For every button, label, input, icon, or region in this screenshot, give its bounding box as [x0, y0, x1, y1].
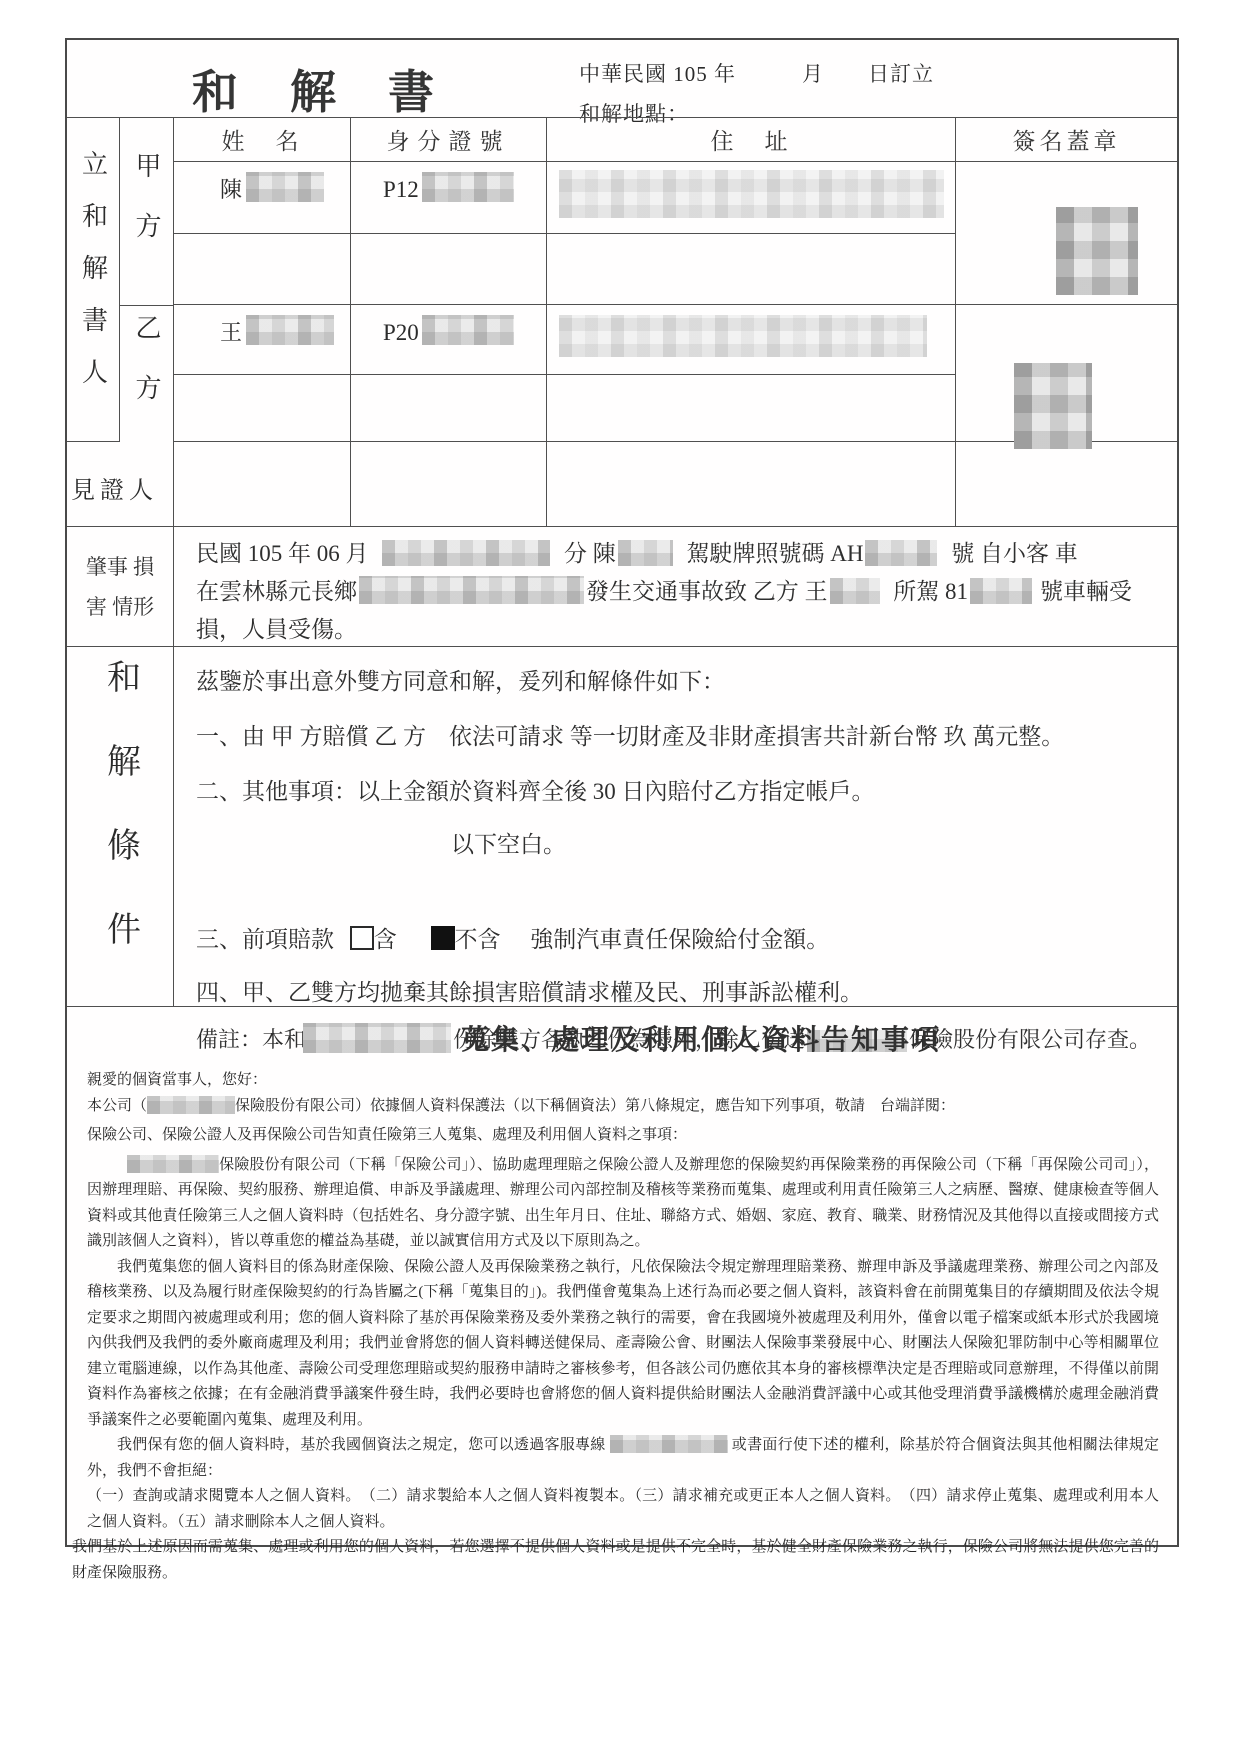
notice-paragraph-3: 我們保有您的個人資料時，基於我國個資法之規定，您可以透過客服專線或書面行使下述的…	[87, 1433, 1159, 1484]
col-header-id: 身分證號	[351, 117, 547, 162]
include-checkbox-unchecked	[350, 926, 374, 950]
party-a-address2-cell	[547, 234, 956, 305]
exclude-label: 不含	[455, 927, 501, 952]
party-a-label: 甲方	[128, 152, 165, 272]
clause3-tail: 強制汽車責任保險給付金額。	[530, 927, 829, 952]
accident-text: 號車輛受	[1040, 579, 1132, 604]
notice-intro: 本公司（保險股份有限公司）依據個人資料保護法（以下稱個資法）第八條規定，應告知下…	[87, 1094, 1159, 1120]
notice-body: 親愛的個資當事人，您好： 本公司（保險股份有限公司）依據個人資料保護法（以下稱個…	[87, 1068, 1159, 1586]
party-a-seal-redaction	[1056, 207, 1138, 295]
party-b-name-redaction	[246, 315, 334, 345]
condition-clause-1: 一、由 甲 方賠償 乙 方 依法可請求 等一切財產及非財產損害共計新台幣 玖 萬…	[196, 718, 1177, 751]
accident-text: 所駕 81	[893, 579, 968, 604]
accident-driver-redaction	[618, 540, 673, 566]
accident-section-label-cell: 肇事 損 害 情形	[67, 527, 174, 647]
parties-left-label: 立和解書人	[75, 150, 112, 410]
party-b-id2-cell	[351, 375, 547, 442]
notice-title-text: 蒐集、處理及利用個人資料告知事項	[461, 1025, 941, 1056]
scanned-settlement-document: 和解書 中華民國 105 年 月 日訂立 和解地點： 立和解書人 甲方 乙方 姓…	[0, 0, 1240, 1754]
accident-text: 民國 105 年 06 月	[196, 541, 369, 566]
party-a-name-cell: 陳	[174, 162, 351, 234]
party-b-address-cell	[547, 305, 956, 375]
party-b-name: 王	[220, 320, 242, 345]
col-header-address: 住 址	[547, 117, 956, 162]
conditions-section-label-cell: 和解條件	[67, 647, 174, 1007]
notice-company-redaction	[147, 1096, 235, 1114]
notice-intro-text: 本公司（	[87, 1098, 147, 1114]
notice-title: 蒐集、處理及利用個人資料告知事項	[67, 1018, 1177, 1058]
blank-below-note: 以下空白。	[451, 826, 1177, 859]
party-b-label: 乙方	[128, 314, 165, 434]
witness-label: 見證人	[71, 470, 173, 505]
accident-text: 分 陳	[564, 541, 616, 566]
condition-clause-4: 四、甲、乙雙方均拋棄其餘損害賠償請求權及民、刑事訴訟權利。	[196, 974, 1177, 1007]
party-a-id2-cell	[351, 234, 547, 305]
accident-text: 在雲林縣元長鄉	[196, 579, 357, 604]
party-b-address2-cell	[547, 375, 956, 442]
accident-description: 民國 105 年 06 月 分 陳 駕駛牌照號碼 AH 號 自小客 車 在雲林縣…	[174, 527, 1177, 647]
conditions-intro: 茲鑒於事出意外雙方同意和解，爰列和解條件如下：	[196, 663, 1177, 696]
document-title: 和解書	[192, 56, 486, 122]
party-a-address-redaction	[559, 170, 944, 218]
notice-paragraph-2: 我們蒐集您的個人資料目的係為財產保險、保險公證人及再保險業務之執行，凡依保險法令…	[87, 1255, 1159, 1434]
accident-plate2-redaction	[970, 578, 1032, 604]
include-label: 含	[374, 927, 397, 952]
condition-clause-3: 三、前項賠款 含 不含 強制汽車責任保險給付金額。	[196, 921, 1177, 954]
notice-paragraph-1: 保險股份有限公司（下稱「保險公司」）、協助處理理賠之保險公證人及辦理您的保險契約…	[87, 1153, 1159, 1255]
accident-victim-redaction	[830, 578, 880, 604]
witness-label-cell: 見證人	[67, 442, 174, 527]
party-a-name-redaction	[246, 172, 324, 202]
notice-rights: （一）查詢或請求閱覽本人之個人資料。 （二）請求製給本人之個人資料複製本。（三）…	[87, 1484, 1159, 1535]
party-b-address-redaction	[559, 315, 927, 357]
accident-text: 發生交通事故致 乙方 王	[586, 579, 828, 604]
exclude-checkbox-checked	[431, 926, 455, 950]
party-a-name: 陳	[220, 177, 242, 202]
party-a-id-cell: P12	[351, 162, 547, 234]
accident-label-line1: 肇事 損	[86, 547, 154, 587]
accident-text: 駕駛牌照號碼 AH	[687, 541, 864, 566]
notice-phone-redaction	[610, 1435, 728, 1453]
party-a-id-redaction	[422, 172, 514, 202]
notice-greeting: 親愛的個資當事人，您好：	[87, 1068, 1159, 1094]
notice-subject: 保險公司、保險公證人及再保險公司告知責任險第三人蒐集、處理及利用個人資料之事項：	[87, 1123, 1159, 1149]
party-b-name-cell: 王	[174, 305, 351, 375]
notice-p1-company-redaction	[127, 1155, 219, 1173]
parties-left-label-cell: 立和解書人	[67, 117, 120, 442]
witness-address-cell	[547, 442, 956, 527]
condition-clause-2: 二、其他事項：以上金額於資料齊全後 30 日內賠付乙方指定帳戶。	[196, 773, 1177, 806]
witness-id-cell	[351, 442, 547, 527]
notice-intro-text2: 保險股份有限公司）依據個人資料保護法（以下稱個資法）第八條規定，應告知下列事項，…	[235, 1098, 955, 1114]
party-b-name2-cell	[174, 375, 351, 442]
accident-time-redaction	[382, 540, 550, 566]
notice-title-company-redaction	[303, 1023, 451, 1053]
accident-text: 號 自小客 車	[951, 541, 1078, 566]
col-header-name: 姓 名	[174, 117, 351, 162]
party-a-name2-cell	[174, 234, 351, 305]
conditions-content: 茲鑒於事出意外雙方同意和解，爰列和解條件如下： 一、由 甲 方賠償 乙 方 依法…	[174, 647, 1177, 1007]
notice-p1-text: 保險股份有限公司（下稱「保險公司」）、協助處理理賠之保險公證人及辦理您的保險契約…	[87, 1157, 1159, 1250]
notice-closing: 我們基於上述原因而需蒐集、處理或利用您的個人資料，若您選擇不提供個人資料或是提供…	[72, 1535, 1159, 1586]
conditions-section-label: 和解條件	[96, 659, 145, 995]
document-border: 和解書 中華民國 105 年 月 日訂立 和解地點： 立和解書人 甲方 乙方 姓…	[65, 38, 1179, 1547]
accident-plate-redaction	[865, 540, 937, 566]
accident-place-redaction	[359, 576, 584, 604]
col-header-signature: 簽名蓋章	[956, 117, 1177, 162]
party-b-signature-cell	[956, 305, 1177, 442]
witness-name-cell	[174, 442, 351, 527]
party-b-label-cell: 乙方	[120, 305, 174, 442]
party-a-signature-cell	[956, 162, 1177, 305]
party-a-label-cell: 甲方	[120, 117, 174, 305]
party-a-id: P12	[383, 177, 419, 202]
witness-signature-cell	[956, 442, 1177, 527]
clause3-text: 三、前項賠款	[196, 927, 334, 952]
party-a-address-cell	[547, 162, 956, 234]
accident-text: 損，人員受傷。	[196, 611, 1177, 649]
accident-label-line2: 害 情形	[86, 587, 154, 627]
party-b-id-redaction	[422, 315, 514, 345]
notice-p3-text: 我們保有您的個人資料時，基於我國個資法之規定，您可以透過客服專線	[117, 1437, 606, 1453]
party-b-id-cell: P20	[351, 305, 547, 375]
party-b-id: P20	[383, 320, 419, 345]
party-b-seal-redaction	[1014, 363, 1092, 449]
date-line: 中華民國 105 年 月 日訂立	[579, 58, 934, 88]
